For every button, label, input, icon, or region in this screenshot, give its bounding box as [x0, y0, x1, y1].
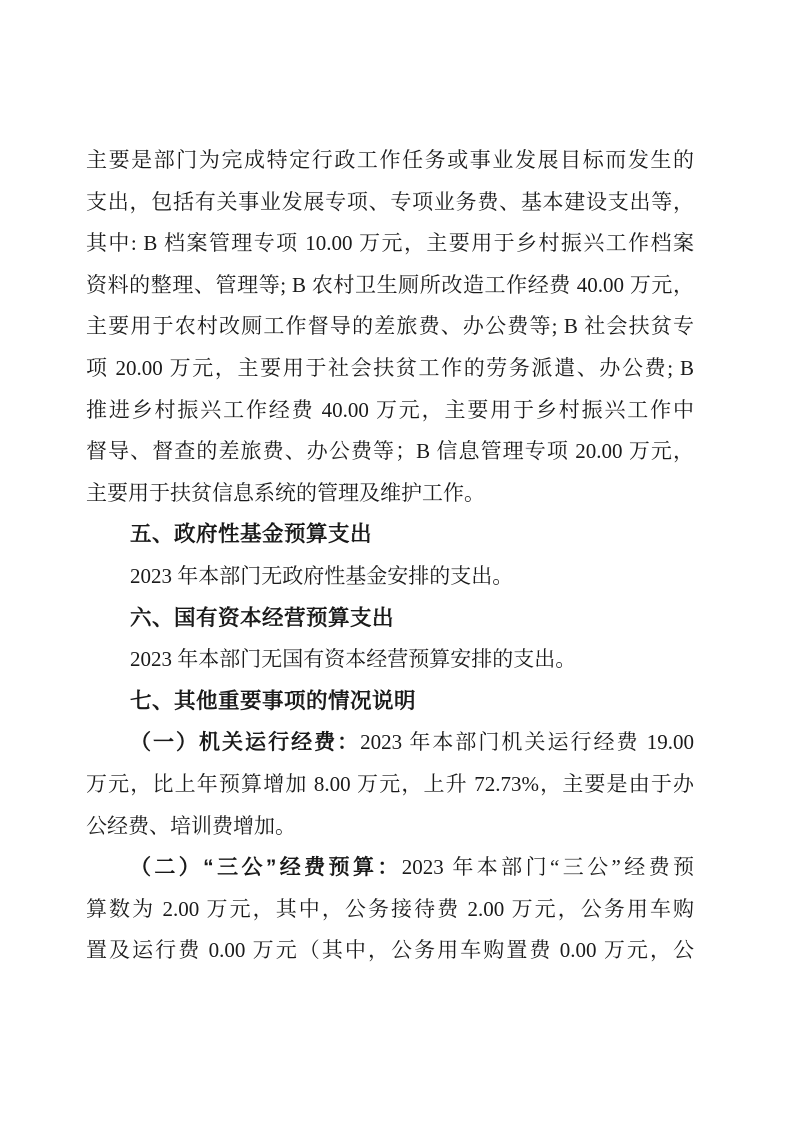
text-segment: 支出，包括有关事业发展专项、专项业务费、基本建设支出等，: [86, 190, 694, 214]
body-text-line: 推进乡村振兴工作经费 40.00 万元，主要用于乡村振兴工作中: [86, 390, 694, 432]
body-text-line: 支出，包括有关事业发展专项、专项业务费、基本建设支出等，: [86, 182, 694, 224]
body-text-line: 其中: B 档案管理专项 10.00 万元，主要用于乡村振兴工作档案: [86, 223, 694, 265]
body-text-line: 主要是部门为完成特定行政工作任务或事业发展目标而发生的: [86, 140, 694, 182]
section-heading: 五、政府性基金预算支出: [86, 514, 694, 556]
body-text-line: 主要用于农村改厕工作督导的差旅费、办公费等; B 社会扶贫专: [86, 306, 694, 348]
body-text-line: 主要用于扶贫信息系统的管理及维护工作。: [86, 473, 694, 515]
text-segment: 项 20.00 万元，主要用于社会扶贫工作的劳务派遣、办公费; B: [86, 356, 694, 380]
text-segment: 推进乡村振兴工作经费 40.00 万元，主要用于乡村振兴工作中: [86, 398, 694, 422]
heading-text: 六、国有资本经营预算支出: [130, 606, 394, 630]
text-segment: 主要是部门为完成特定行政工作任务或事业发展目标而发生的: [86, 148, 694, 172]
document-text-block: 主要是部门为完成特定行政工作任务或事业发展目标而发生的支出，包括有关事业发展专项…: [86, 140, 694, 972]
text-segment: 万元，比上年预算增加 8.00 万元，上升 72.73%，主要是由于办: [86, 772, 694, 796]
text-segment: 资料的整理、管理等; B 农村卫生厕所改造工作经费 40.00 万元，: [86, 273, 694, 297]
body-text-line: 资料的整理、管理等; B 农村卫生厕所改造工作经费 40.00 万元，: [86, 265, 694, 307]
text-segment: 主要用于农村改厕工作督导的差旅费、办公费等; B 社会扶贫专: [86, 314, 694, 338]
text-segment: 置及运行费 0.00 万元（其中，公务用车购置费 0.00 万元，公: [86, 938, 694, 962]
text-segment: 2023 年本部门无国有资本经营预算安排的支出。: [130, 647, 576, 671]
text-segment: 2023 年本部门无政府性基金安排的支出。: [130, 564, 513, 588]
text-segment: 其中: B 档案管理专项 10.00 万元，主要用于乡村振兴工作档案: [86, 231, 694, 255]
body-text-line: 项 20.00 万元，主要用于社会扶贫工作的劳务派遣、办公费; B: [86, 348, 694, 390]
document-page: 主要是部门为完成特定行政工作任务或事业发展目标而发生的支出，包括有关事业发展专项…: [0, 0, 793, 1122]
bold-lead-in: （一）机关运行经费：: [130, 731, 360, 754]
body-text-line: 公经费、培训费增加。: [86, 806, 694, 848]
body-text-line: （二）“三公”经费预算：2023 年本部门“三公”经费预: [86, 847, 694, 889]
text-segment: 督导、督查的差旅费、办公费等；B 信息管理专项 20.00 万元，: [86, 439, 694, 463]
bold-lead-in: （二）“三公”经费预算：: [130, 856, 402, 879]
body-text-line: 2023 年本部门无国有资本经营预算安排的支出。: [86, 639, 694, 681]
body-text-line: 2023 年本部门无政府性基金安排的支出。: [86, 556, 694, 598]
body-text-line: （一）机关运行经费：2023 年本部门机关运行经费 19.00: [86, 722, 694, 764]
text-segment: 2023 年本部门机关运行经费 19.00: [360, 730, 694, 754]
heading-text: 七、其他重要事项的情况说明: [130, 689, 416, 713]
text-segment: 公经费、培训费增加。: [86, 814, 296, 838]
text-segment: 主要用于扶贫信息系统的管理及维护工作。: [86, 481, 485, 505]
section-heading: 七、其他重要事项的情况说明: [86, 681, 694, 723]
body-text-line: 督导、督查的差旅费、办公费等；B 信息管理专项 20.00 万元，: [86, 431, 694, 473]
text-segment: 2023 年本部门“三公”经费预: [402, 855, 694, 879]
body-text-line: 万元，比上年预算增加 8.00 万元，上升 72.73%，主要是由于办: [86, 764, 694, 806]
text-segment: 算数为 2.00 万元，其中，公务接待费 2.00 万元，公务用车购: [86, 897, 694, 921]
body-text-line: 置及运行费 0.00 万元（其中，公务用车购置费 0.00 万元，公: [86, 930, 694, 972]
body-text-line: 算数为 2.00 万元，其中，公务接待费 2.00 万元，公务用车购: [86, 889, 694, 931]
heading-text: 五、政府性基金预算支出: [130, 522, 372, 546]
section-heading: 六、国有资本经营预算支出: [86, 598, 694, 640]
